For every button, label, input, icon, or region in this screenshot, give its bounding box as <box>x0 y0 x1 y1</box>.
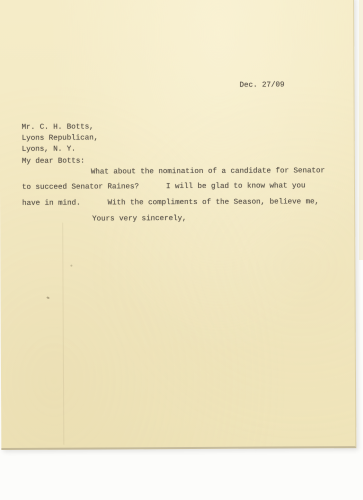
letter-body-line: have in mind. With the compliments of th… <box>22 198 319 209</box>
letter-salutation: My dear Botts: <box>22 158 85 167</box>
letter-body-line: to succeed Senator Raines? I will be gla… <box>22 182 306 192</box>
recipient-name: Mr. C. H. Botts, <box>22 124 94 133</box>
letter-body-line: What about the nomination of a candidate… <box>91 167 325 177</box>
letter-date: Dec. 27/09 <box>239 82 284 91</box>
letter-paper: Dec. 27/09 Mr. C. H. Botts, Lyons Republ… <box>0 0 356 450</box>
paper-crease <box>62 223 64 445</box>
recipient-organization: Lyons Republican, <box>22 134 99 143</box>
recipient-city: Lyons, N. Y. <box>22 146 76 155</box>
letter-closing: Yours very sincerely, <box>92 215 187 224</box>
adjacent-page-edge <box>359 0 363 260</box>
paper-speck <box>46 296 50 299</box>
paper-speck <box>70 265 72 267</box>
scan-background: Dec. 27/09 Mr. C. H. Botts, Lyons Republ… <box>0 0 363 500</box>
